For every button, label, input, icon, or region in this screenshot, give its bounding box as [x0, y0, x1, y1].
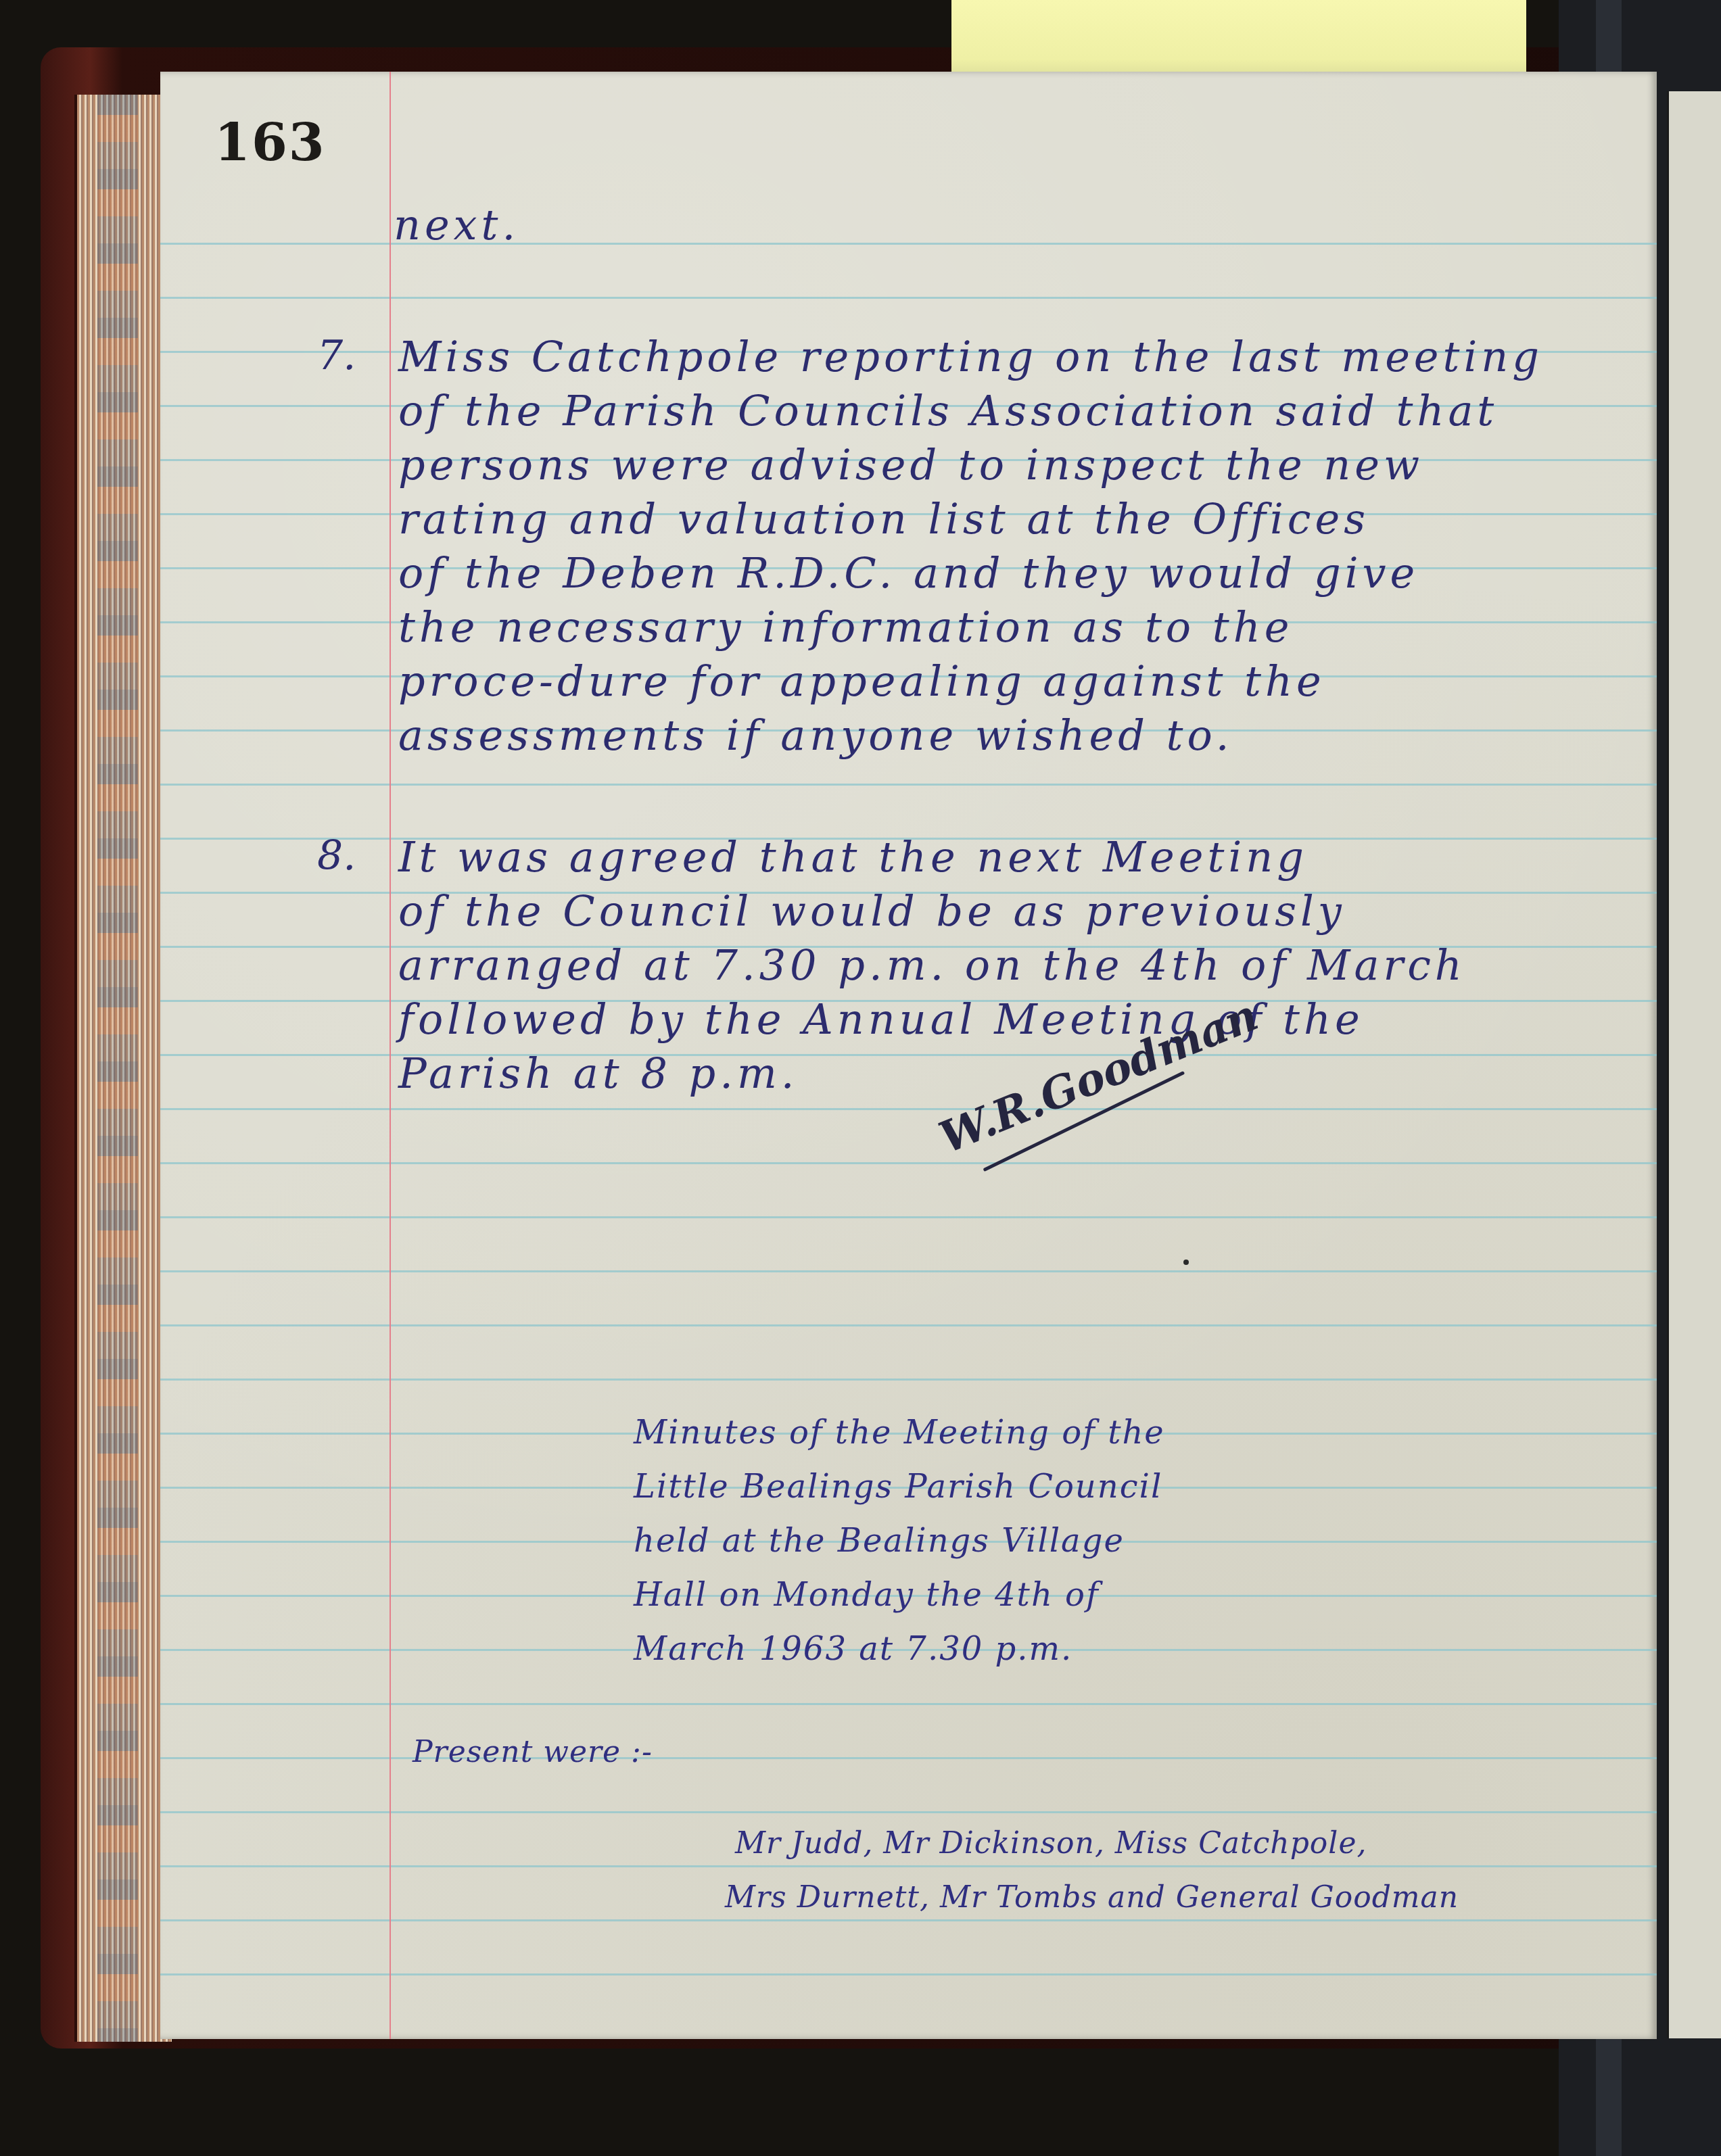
minutes-heading-line: March 1963 at 7.30 p.m. [634, 1630, 1072, 1668]
minutes-heading-line: Minutes of the Meeting of the [634, 1414, 1165, 1452]
page-edges [74, 95, 172, 2042]
item-number: 8. [317, 832, 356, 880]
ruled-line [160, 1865, 1657, 1867]
ruled-line [160, 243, 1657, 245]
ruled-line [160, 1270, 1657, 1272]
minute-line: assessments if anyone wished to. [398, 711, 1233, 760]
minute-line: rating and valuation list at the Offices [398, 494, 1369, 544]
minute-line: of the Council would be as previously [398, 886, 1346, 936]
item-number: 7. [317, 332, 356, 379]
minutes-heading-line: Hall on Monday the 4th of [634, 1576, 1100, 1614]
minute-line: Parish at 8 p.m. [398, 1049, 798, 1098]
ruled-line [160, 784, 1657, 786]
ruled-line [160, 1216, 1657, 1218]
minute-line: It was agreed that the next Meeting [398, 832, 1308, 882]
minute-line: the necessary information as to the [398, 602, 1293, 652]
minute-line: of the Parish Councils Association said … [398, 386, 1498, 435]
minute-line: of the Deben R.D.C. and they would give [398, 548, 1419, 598]
ruled-line [160, 1324, 1657, 1326]
attendance-label: Present were :- [412, 1735, 653, 1769]
page-number: 163 [214, 112, 326, 172]
minute-line: persons were advised to inspect the new [398, 440, 1423, 489]
ruled-line [160, 1162, 1657, 1164]
attendance-line: Mrs Durnett, Mr Tombs and General Goodma… [725, 1880, 1459, 1915]
ledger-page: 163 next. 7. Miss Catchpole reporting on… [160, 72, 1657, 2039]
ruled-line [160, 1811, 1657, 1813]
ruled-line [160, 1757, 1657, 1759]
minute-line: proce-dure for appealing against the [398, 656, 1325, 706]
ruled-line [160, 1919, 1657, 1921]
ink-dot [1183, 1260, 1189, 1265]
minutes-heading-line: Little Bealings Parish Council [634, 1468, 1162, 1506]
minutes-heading-line: held at the Bealings Village [634, 1522, 1125, 1560]
margin-line [390, 72, 391, 2039]
ruled-line [160, 1054, 1657, 1056]
ruled-line [160, 1108, 1657, 1110]
minute-line: arranged at 7.30 p.m. on the 4th of Marc… [398, 940, 1466, 990]
minute-line: Miss Catchpole reporting on the last mee… [398, 332, 1543, 381]
attendance-line: Mr Judd, Mr Dickinson, Miss Catchpole, [735, 1826, 1367, 1861]
facing-page-edge [1667, 91, 1721, 2038]
continuation-text: next. [394, 200, 519, 249]
ruled-line [160, 1379, 1657, 1381]
ruled-line [160, 297, 1657, 299]
ruled-line [160, 1703, 1657, 1705]
ruled-line [160, 1973, 1657, 1975]
